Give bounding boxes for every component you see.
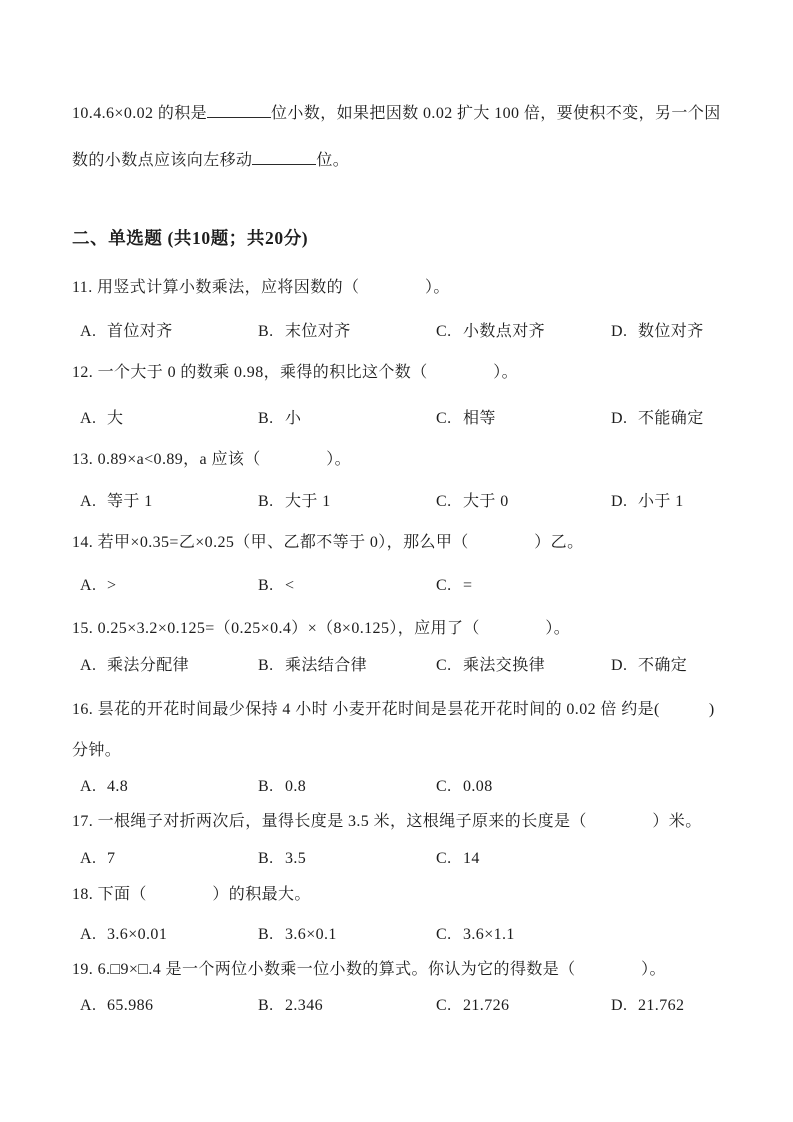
- option-text: 21.762: [638, 997, 684, 1014]
- option-letter: C.: [436, 574, 463, 598]
- option-text: 小: [285, 410, 301, 427]
- option-text: 大: [107, 410, 123, 427]
- question-18-stem: 18. 下面（ ）的积最大。: [72, 883, 311, 907]
- option-b: B.乘法结合律: [258, 654, 367, 678]
- option-a: A.65.986: [80, 994, 153, 1018]
- option-a: A.3.6×0.01: [80, 923, 167, 947]
- option-a: A.乘法分配律: [80, 654, 189, 678]
- option-c: C.3.6×1.1: [436, 923, 515, 947]
- option-letter: D.: [611, 490, 638, 514]
- option-text: 65.986: [107, 997, 153, 1014]
- question-18-options: A.3.6×0.01 B.3.6×0.1 C.3.6×1.1: [72, 923, 784, 947]
- option-letter: B.: [258, 574, 285, 598]
- option-d: D.不确定: [611, 654, 687, 678]
- option-c: C.大于 0: [436, 490, 509, 514]
- question-12-options: A.大 B.小 C.相等 D.不能确定: [72, 407, 784, 431]
- option-letter: C.: [436, 654, 463, 678]
- option-d: D.数位对齐: [611, 320, 704, 344]
- option-text: >: [107, 577, 116, 594]
- option-a: A.4.8: [80, 775, 128, 799]
- section-title: 二、单选题 (共10题；共20分): [72, 226, 308, 250]
- option-b: B.小: [258, 407, 301, 431]
- option-letter: B.: [258, 320, 285, 344]
- option-a: A.大: [80, 407, 123, 431]
- fill-blank-underline: [207, 102, 271, 118]
- option-text: <: [285, 577, 294, 594]
- option-letter: A.: [80, 407, 107, 431]
- option-text: 3.6×0.1: [285, 926, 337, 943]
- question-10-line-2: 数的小数点应该向左移动位。: [72, 149, 349, 173]
- option-text: 2.346: [285, 997, 323, 1014]
- option-letter: B.: [258, 775, 285, 799]
- option-b: B.3.5: [258, 847, 306, 871]
- option-text: 14: [463, 850, 480, 867]
- option-text: 4.8: [107, 778, 128, 795]
- option-letter: B.: [258, 654, 285, 678]
- option-text: 等于 1: [107, 493, 153, 510]
- option-text: 7: [107, 850, 115, 867]
- option-d: D.小于 1: [611, 490, 684, 514]
- question-17-options: A.7 B.3.5 C.14: [72, 847, 784, 871]
- option-a: A.>: [80, 574, 116, 598]
- option-letter: D.: [611, 994, 638, 1018]
- question-13-options: A.等于 1 B.大于 1 C.大于 0 D.小于 1: [72, 490, 784, 514]
- question-10-text-after-blank-2: 位。: [316, 152, 349, 169]
- option-letter: C.: [436, 490, 463, 514]
- question-10-line-1: 10.4.6×0.02 的积是位小数，如果把因数 0.02 扩大 100 倍，要…: [72, 102, 721, 126]
- question-15-options: A.乘法分配律 B.乘法结合律 C.乘法交换律 D.不确定: [72, 654, 784, 678]
- question-14-options: A.> B.< C.=: [72, 574, 784, 598]
- option-letter: A.: [80, 923, 107, 947]
- question-10-text-after-blank: 位小数，如果把因数 0.02 扩大 100 倍，要使积不变，另一个因: [271, 105, 721, 122]
- option-letter: A.: [80, 320, 107, 344]
- question-12-stem: 12. 一个大于 0 的数乘 0.98，乘得的积比这个数（ ）。: [72, 361, 518, 385]
- option-text: 不能确定: [638, 410, 704, 427]
- question-14-stem: 14. 若甲×0.35=乙×0.25（甲、乙都不等于 0），那么甲（ ）乙。: [72, 531, 583, 555]
- option-letter: D.: [611, 320, 638, 344]
- question-19-stem: 19. 6.□9×□.4 是一个两位小数乘一位小数的算式。你认为它的得数是（ ）…: [72, 958, 666, 982]
- option-letter: A.: [80, 654, 107, 678]
- option-b: B.末位对齐: [258, 320, 351, 344]
- option-b: B.大于 1: [258, 490, 331, 514]
- option-d: D.21.762: [611, 994, 684, 1018]
- option-c: C.=: [436, 574, 472, 598]
- fill-blank-underline: [252, 149, 316, 165]
- option-c: C.小数点对齐: [436, 320, 545, 344]
- option-letter: A.: [80, 490, 107, 514]
- option-text: 21.726: [463, 997, 509, 1014]
- option-text: 数位对齐: [638, 323, 704, 340]
- option-b: B.0.8: [258, 775, 306, 799]
- option-text: 3.5: [285, 850, 306, 867]
- option-letter: A.: [80, 574, 107, 598]
- option-letter: C.: [436, 775, 463, 799]
- option-letter: C.: [436, 994, 463, 1018]
- option-text: 相等: [463, 410, 496, 427]
- question-10-text-before-blank-2: 数的小数点应该向左移动: [72, 152, 252, 169]
- question-11-stem: 11. 用竖式计算小数乘法，应将因数的（ ）。: [72, 276, 450, 300]
- option-c: C.乘法交换律: [436, 654, 545, 678]
- option-letter: B.: [258, 923, 285, 947]
- option-a: A.等于 1: [80, 490, 153, 514]
- option-letter: C.: [436, 320, 463, 344]
- test-paper-page: 10.4.6×0.02 的积是位小数，如果把因数 0.02 扩大 100 倍，要…: [0, 0, 793, 1122]
- question-16-stem-line-1: 16. 昙花的开花时间最少保持 4 小时 小麦开花时间是昙花开花时间的 0.02…: [72, 698, 715, 722]
- option-letter: C.: [436, 847, 463, 871]
- option-c: C.相等: [436, 407, 496, 431]
- option-text: 末位对齐: [285, 323, 351, 340]
- option-c: C.0.08: [436, 775, 493, 799]
- question-10-text-before-blank: 10.4.6×0.02 的积是: [72, 105, 207, 122]
- option-text: 乘法交换律: [463, 657, 545, 674]
- question-16-options: A.4.8 B.0.8 C.0.08: [72, 775, 784, 799]
- option-b: B.<: [258, 574, 294, 598]
- option-letter: B.: [258, 847, 285, 871]
- option-letter: A.: [80, 775, 107, 799]
- question-16-stem-line-2: 分钟。: [72, 739, 121, 763]
- option-letter: B.: [258, 407, 285, 431]
- option-c: C.14: [436, 847, 480, 871]
- option-text: 不确定: [638, 657, 687, 674]
- option-text: 小于 1: [638, 493, 684, 510]
- option-text: 小数点对齐: [463, 323, 545, 340]
- option-b: B.2.346: [258, 994, 323, 1018]
- question-13-stem: 13. 0.89×a<0.89，a 应该（ ）。: [72, 448, 351, 472]
- option-letter: C.: [436, 407, 463, 431]
- question-17-stem: 17. 一根绳子对折两次后，量得长度是 3.5 米，这根绳子原来的长度是（ ）米…: [72, 810, 702, 834]
- option-letter: A.: [80, 847, 107, 871]
- option-c: C.21.726: [436, 994, 509, 1018]
- question-15-stem: 15. 0.25×3.2×0.125=（0.25×0.4）×（8×0.125），…: [72, 617, 570, 641]
- option-text: 0.8: [285, 778, 306, 795]
- option-text: 3.6×1.1: [463, 926, 515, 943]
- question-19-options: A.65.986 B.2.346 C.21.726 D.21.762: [72, 994, 784, 1018]
- option-text: 大于 1: [285, 493, 331, 510]
- option-text: =: [463, 577, 472, 594]
- option-letter: B.: [258, 994, 285, 1018]
- option-b: B.3.6×0.1: [258, 923, 337, 947]
- option-d: D.不能确定: [611, 407, 704, 431]
- option-text: 0.08: [463, 778, 493, 795]
- option-letter: B.: [258, 490, 285, 514]
- question-11-options: A.首位对齐 B.末位对齐 C.小数点对齐 D.数位对齐: [72, 320, 784, 344]
- option-letter: D.: [611, 407, 638, 431]
- option-text: 大于 0: [463, 493, 509, 510]
- option-letter: A.: [80, 994, 107, 1018]
- option-a: A.首位对齐: [80, 320, 173, 344]
- option-letter: D.: [611, 654, 638, 678]
- option-text: 乘法分配律: [107, 657, 189, 674]
- option-text: 3.6×0.01: [107, 926, 167, 943]
- option-text: 乘法结合律: [285, 657, 367, 674]
- option-letter: C.: [436, 923, 463, 947]
- option-text: 首位对齐: [107, 323, 173, 340]
- option-a: A.7: [80, 847, 115, 871]
